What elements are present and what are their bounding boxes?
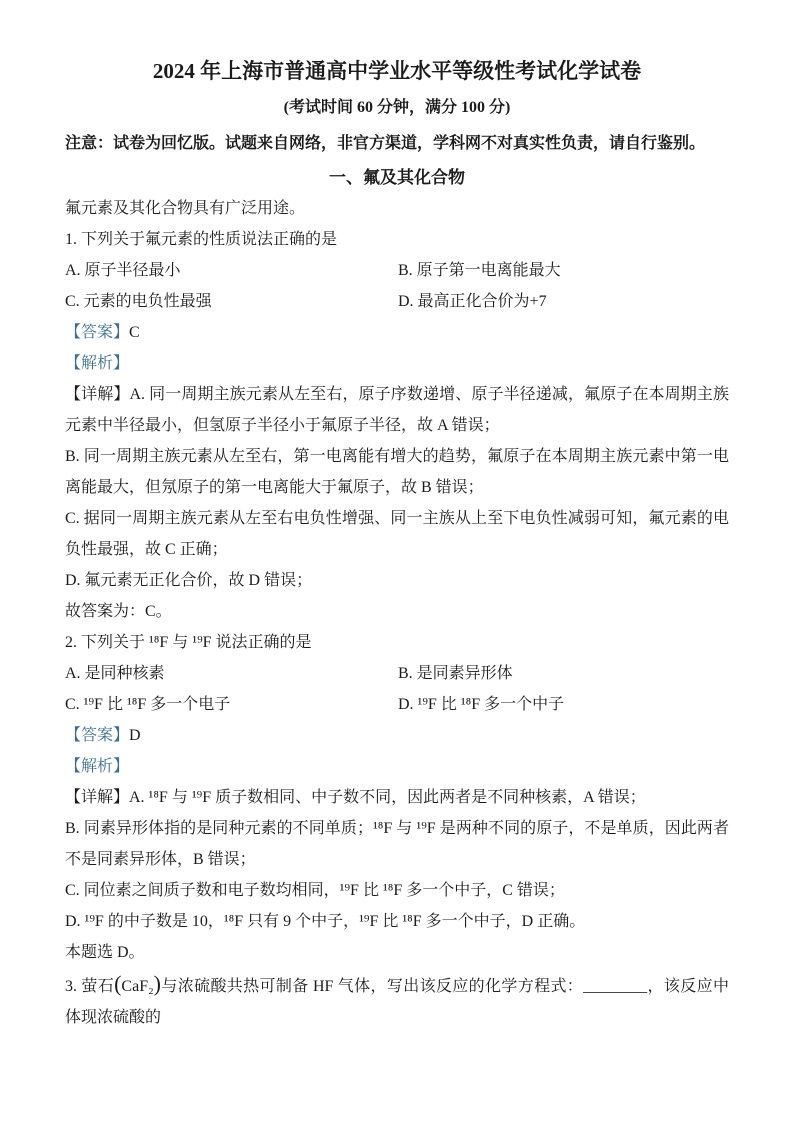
q2-detail-a: 【详解】A. ¹⁸F 与 ¹⁹F 质子数相同、中子数不同，因此两者是不同种核素，…	[65, 782, 729, 813]
q3-formula: CaF₂	[121, 978, 153, 995]
exam-time-score-info: (考试时间 60 分钟，满分 100 分)	[65, 96, 729, 120]
disclaimer-notice: 注意：试卷为回忆版。试题来自网络，非官方渠道，学科网不对真实性负责，请自行鉴别。	[65, 131, 729, 157]
section-intro: 氟元素及其化合物具有广泛用途。	[65, 193, 729, 224]
q2-answer-value: D	[129, 727, 141, 744]
exam-document-page: 2024 年上海市普通高中学业水平等级性考试化学试卷 (考试时间 60 分钟，满…	[0, 0, 793, 1122]
q1-detail-a: 【详解】A. 同一周期主族元素从左至右，原子序数递增、原子半径递减，氟原子在本周…	[65, 379, 729, 441]
q3-stem: 3. 萤石(CaF₂)与浓硫酸共热可制备 HF 气体，写出该反应的化学方程式：_…	[65, 968, 729, 1033]
q3-stem-mid: 与浓硫酸共热可制备 HF 气体，写出该反应的化学方程式：	[161, 978, 583, 995]
q1-option-c: C. 元素的电负性最强	[65, 286, 398, 317]
q1-analysis-label: 【解析】	[65, 355, 129, 372]
q1-stem: 1. 下列关于氟元素的性质说法正确的是	[65, 224, 729, 255]
q3-stem-pre: 3. 萤石	[65, 978, 114, 995]
q2-conclusion: 本题选 D。	[65, 937, 729, 968]
q1-options-row-1: A. 原子半径最小 B. 原子第一电离能最大	[65, 255, 729, 286]
q2-analysis-line: 【解析】	[65, 751, 729, 782]
q2-option-d: D. ¹⁹F 比 ¹⁸F 多一个中子	[398, 689, 729, 720]
q2-options-row-1: A. 是同种核素 B. 是同素异形体	[65, 658, 729, 689]
q1-detail-d: D. 氟元素无正化合价，故 D 错误；	[65, 565, 729, 596]
q2-stem: 2. 下列关于 ¹⁸F 与 ¹⁹F 说法正确的是	[65, 627, 729, 658]
q1-option-a: A. 原子半径最小	[65, 255, 398, 286]
document-title: 2024 年上海市普通高中学业水平等级性考试化学试卷	[65, 56, 729, 86]
q1-detail-b: B. 同一周期主族元素从左至右，第一电离能有增大的趋势，氟原子在本周期主族元素中…	[65, 441, 729, 503]
q2-answer-label: 【答案】	[65, 727, 129, 744]
q1-conclusion: 故答案为：C。	[65, 596, 729, 627]
q2-option-b: B. 是同素异形体	[398, 658, 729, 689]
q2-options-row-2: C. ¹⁹F 比 ¹⁸F 多一个电子 D. ¹⁹F 比 ¹⁸F 多一个中子	[65, 689, 729, 720]
q2-option-a: A. 是同种核素	[65, 658, 398, 689]
q2-detail-b: B. 同素异形体指的是同种元素的不同单质；¹⁸F 与 ¹⁹F 是两种不同的原子，…	[65, 813, 729, 875]
q2-detail-c: C. 同位素之间质子数和电子数均相同，¹⁹F 比 ¹⁸F 多一个中子，C 错误；	[65, 875, 729, 906]
q3-close-paren: )	[154, 971, 161, 996]
q1-option-d: D. 最高正化合价为+7	[398, 286, 729, 317]
q1-analysis-line: 【解析】	[65, 348, 729, 379]
q1-answer-value: C	[129, 324, 140, 341]
q1-answer-line: 【答案】C	[65, 317, 729, 348]
q1-options-row-2: C. 元素的电负性最强 D. 最高正化合价为+7	[65, 286, 729, 317]
q1-detail-c: C. 据同一周期主族元素从左至右电负性增强、同一主族从上至下电负性减弱可知，氟元…	[65, 503, 729, 565]
q2-answer-line: 【答案】D	[65, 720, 729, 751]
q1-answer-label: 【答案】	[65, 324, 129, 341]
q3-answer-blank: ________	[583, 978, 647, 995]
q2-option-c: C. ¹⁹F 比 ¹⁸F 多一个电子	[65, 689, 398, 720]
q2-analysis-label: 【解析】	[65, 758, 129, 775]
section-title: 一、氟及其化合物	[65, 163, 729, 193]
q2-detail-d: D. ¹⁹F 的中子数是 10，¹⁸F 只有 9 个中子，¹⁹F 比 ¹⁸F 多…	[65, 906, 729, 937]
q1-option-b: B. 原子第一电离能最大	[398, 255, 729, 286]
